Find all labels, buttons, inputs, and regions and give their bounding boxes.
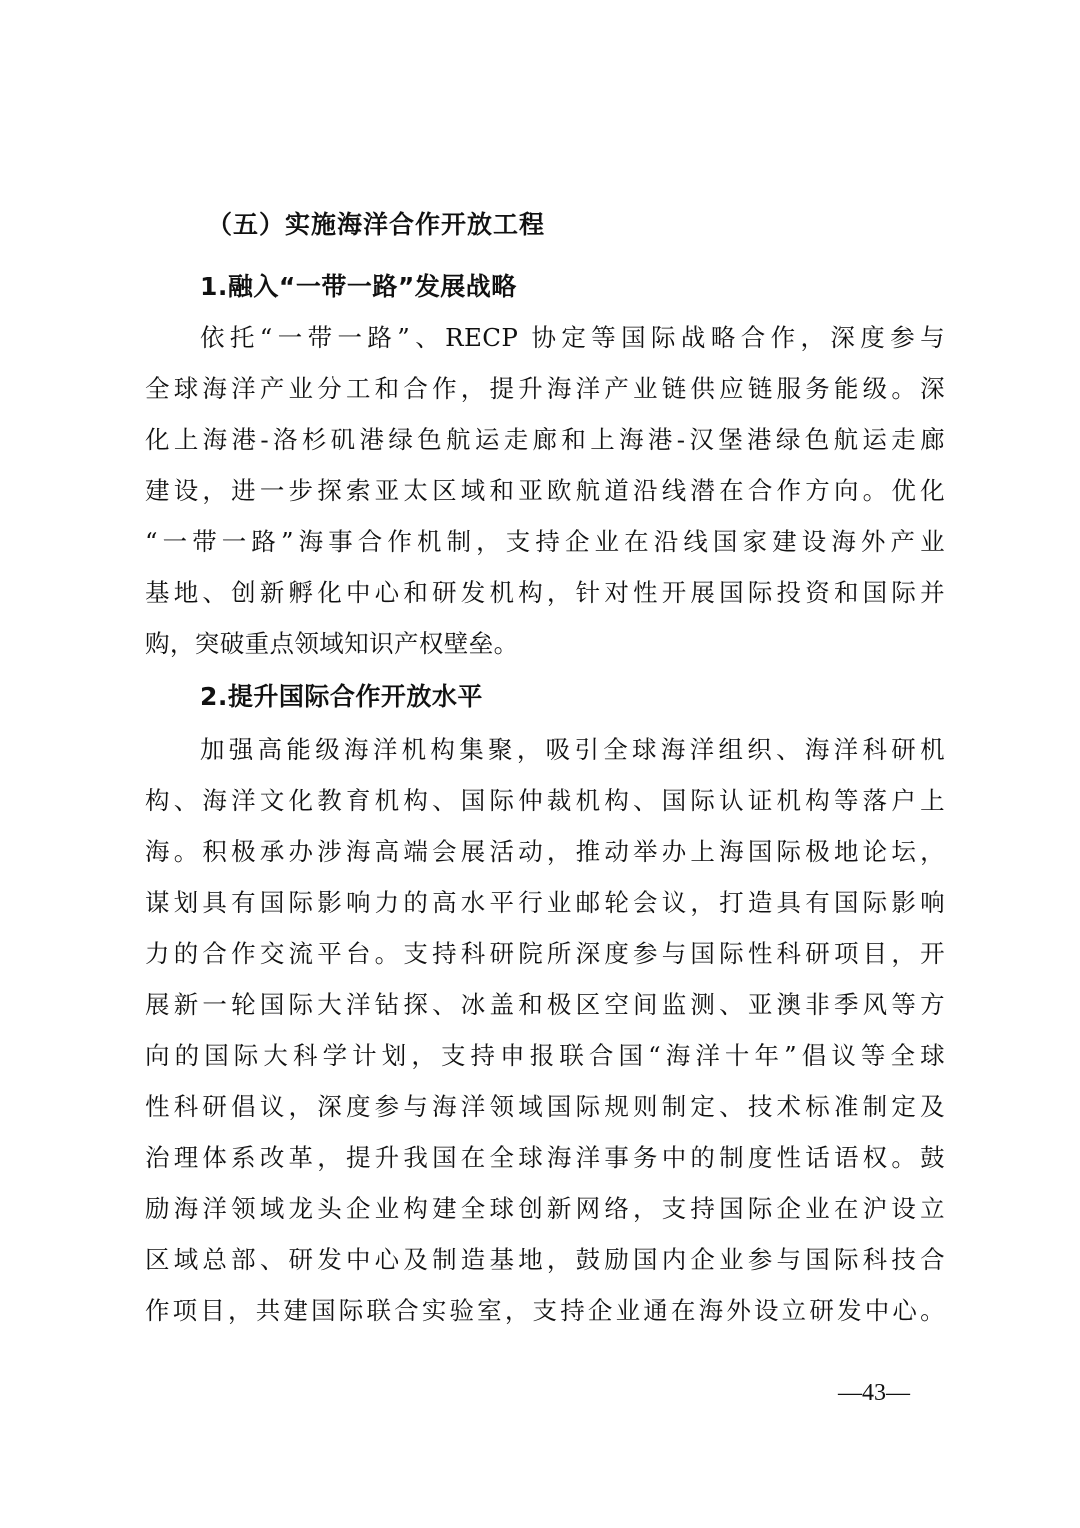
- paragraph-line: “一带一路”海事合作机制，支持企业在沿线国家建设海外产业: [145, 525, 945, 559]
- paragraph-line: 区域总部、研发中心及制造基地，鼓励国内企业参与国际科技合: [145, 1243, 945, 1277]
- page-number: —43—: [838, 1378, 910, 1408]
- paragraph-line: 性科研倡议，深度参与海洋领域国际规则制定、技术标准制定及: [145, 1090, 945, 1124]
- subsection-heading-1: 1.融入“一带一路”发展战略: [200, 270, 517, 304]
- paragraph-line: 加强高能级海洋机构集聚，吸引全球海洋组织、海洋科研机: [200, 733, 945, 767]
- section-heading: （五）实施海洋合作开放工程: [207, 208, 545, 242]
- paragraph-line: 励海洋领域龙头企业构建全球创新网络，支持国际企业在沪设立: [145, 1192, 945, 1226]
- paragraph-line: 依托“一带一路”、RECP 协定等国际战略合作，深度参与: [200, 321, 945, 355]
- paragraph-line: 建设，进一步探索亚太区域和亚欧航道沿线潜在合作方向。优化: [145, 474, 945, 508]
- paragraph-line: 向的国际大科学计划，支持申报联合国“海洋十年”倡议等全球: [145, 1039, 945, 1073]
- paragraph-line: 治理体系改革，提升我国在全球海洋事务中的制度性话语权。鼓: [145, 1141, 945, 1175]
- paragraph-line: 化上海港-洛杉矶港绿色航运走廊和上海港-汉堡港绿色航运走廊: [145, 423, 945, 457]
- paragraph-line: 购，突破重点领域知识产权壁垒。: [145, 627, 945, 661]
- paragraph-line: 基地、创新孵化中心和研发机构，针对性开展国际投资和国际并: [145, 576, 945, 610]
- paragraph-line: 力的合作交流平台。支持科研院所深度参与国际性科研项目，开: [145, 937, 945, 971]
- paragraph-line: 谋划具有国际影响力的高水平行业邮轮会议，打造具有国际影响: [145, 886, 945, 920]
- subsection-heading-2: 2.提升国际合作开放水平: [200, 680, 483, 714]
- document-page: （五）实施海洋合作开放工程 1.融入“一带一路”发展战略 依托“一带一路”、RE…: [0, 0, 1080, 1528]
- paragraph-line: 全球海洋产业分工和合作，提升海洋产业链供应链服务能级。深: [145, 372, 945, 406]
- paragraph-line: 展新一轮国际大洋钻探、冰盖和极区空间监测、亚澳非季风等方: [145, 988, 945, 1022]
- paragraph-line: 海。积极承办涉海高端会展活动，推动举办上海国际极地论坛，: [145, 835, 945, 869]
- paragraph-line: 构、海洋文化教育机构、国际仲裁机构、国际认证机构等落户上: [145, 784, 945, 818]
- paragraph-line: 作项目，共建国际联合实验室，支持企业通在海外设立研发中心。: [145, 1294, 945, 1328]
